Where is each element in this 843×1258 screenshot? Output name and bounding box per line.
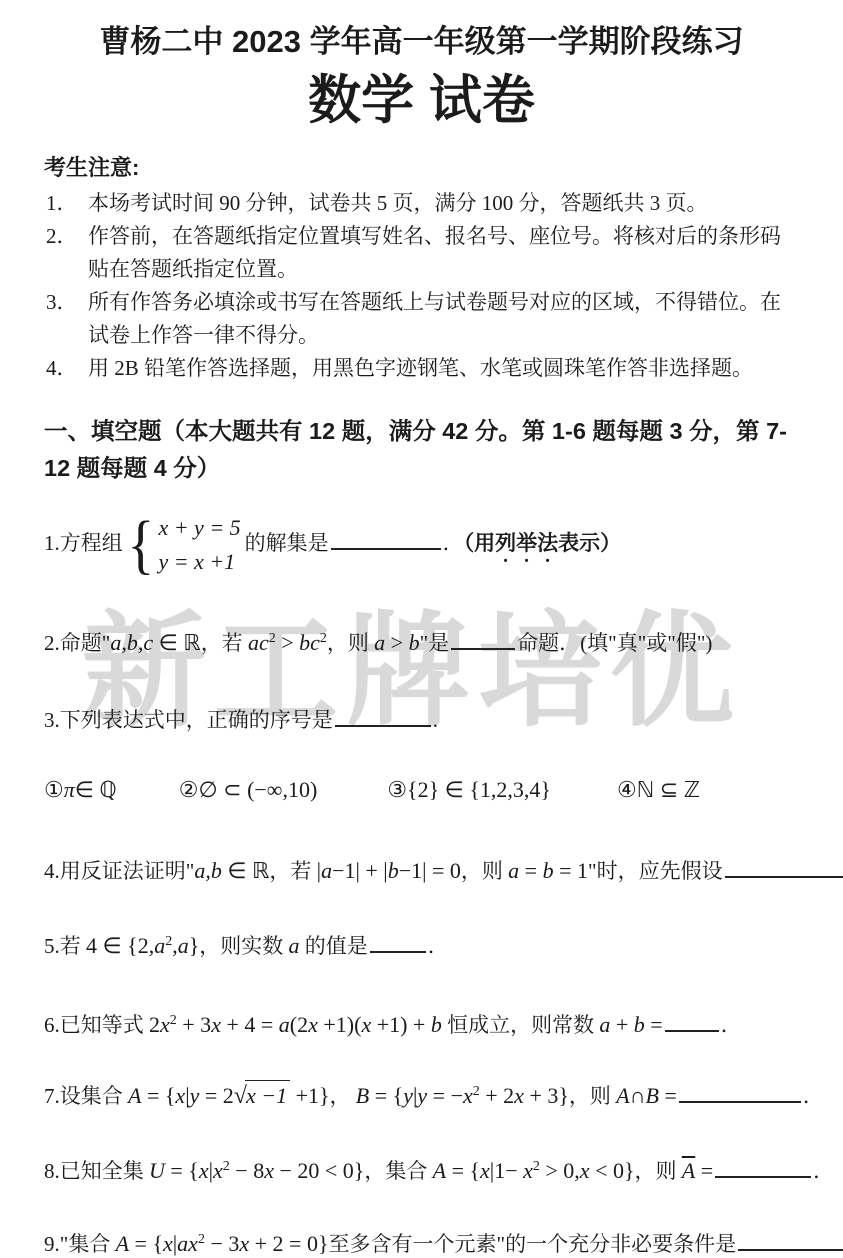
text-segment: ．: [428, 934, 449, 958]
text-segment: ∈ ℝ: [153, 630, 201, 655]
text-segment: x: [463, 1083, 473, 1108]
text-segment: ac: [248, 630, 269, 655]
text-segment: x: [361, 1012, 371, 1037]
notice-item-2: 2． 作答前，在答题纸指定位置填写姓名、报名号、座位号。将核对后的条形码贴在答题…: [44, 220, 799, 286]
text-segment: 2: [320, 631, 327, 646]
text-segment: 3.下列表达式中，正确的序号是: [44, 708, 333, 732]
text-segment: >: [385, 630, 408, 655]
text-segment: a: [599, 1012, 610, 1037]
text-segment: 5.若: [44, 934, 86, 958]
text-segment: +1) +: [371, 1012, 431, 1037]
text-segment: ．: [803, 1084, 824, 1108]
text-segment: U: [149, 1158, 165, 1183]
exam-page: 新工牌培优 曹杨二中 2023 学年高一年级第一学期阶段练习 数学 试卷 考生注…: [0, 0, 843, 1258]
text-segment: 列举法: [495, 532, 558, 555]
answer-blank: [679, 1080, 801, 1103]
text-segment: 命题．(填"真"或"假"): [517, 631, 712, 655]
text-segment: ②∅ ⊂ (−∞,10): [179, 775, 318, 805]
notice-item-1: 1． 本场考试时间 90 分钟，试卷共 5 页，满分 100 分，答题纸共 3 …: [44, 187, 799, 220]
question-8: 8.已知全集 U = {x|x2 − 8x − 20 < 0}，集合 A = {…: [44, 1155, 799, 1186]
text-segment: a: [374, 630, 385, 655]
text-segment: 2: [533, 1159, 540, 1174]
text-segment: ③{2} ∈ {1,2,3,4}: [387, 775, 551, 805]
question-3-options: ①π ∈ ℚ②∅ ⊂ (−∞,10)③{2} ∈ {1,2,3,4}④ℕ ⊆ ℤ: [44, 775, 799, 805]
question-9: 9."集合 A = {x|ax2 − 3x + 2 = 0}至多含有一个元素"的…: [44, 1228, 799, 1258]
text-segment: 1.方程组: [44, 531, 123, 555]
text-segment: x: [199, 1158, 209, 1183]
text-segment: ，则: [635, 1159, 682, 1183]
text-segment: 2: [149, 1012, 160, 1037]
text-segment: x: [523, 1158, 533, 1183]
text-segment: x: [175, 1083, 185, 1108]
text-segment: }: [189, 933, 200, 958]
text-segment: 2: [223, 1159, 230, 1174]
text-segment: > 0,: [540, 1158, 580, 1183]
question-7: 7.设集合 A = {x|y = 2√x −1 +1}， B = {y|y = …: [44, 1080, 799, 1111]
answer-blank: [451, 627, 515, 650]
question-4: 4.用反证法证明"a,b ∈ ℝ，若 |a−1| + |b−1| = 0，则 a…: [44, 855, 799, 886]
notice-item-4: 4． 用 2B 铅笔作答选择题，用黑色字迹钢笔、水笔或圆珠笔作答非选择题。: [44, 352, 799, 385]
answer-blank: [335, 704, 431, 727]
notice-item-text: 所有作答务必填涂或书写在答题纸上与试卷题号对应的区域，不得错位。在试卷上作答一律…: [88, 290, 781, 347]
text-segment: x: [308, 1012, 318, 1037]
text-segment: 恒成立，则常数: [442, 1013, 600, 1037]
text-segment: |1−: [490, 1158, 523, 1183]
text-segment: +1}: [290, 1083, 329, 1108]
text-segment: ，若: [201, 631, 248, 655]
text-segment: =: [645, 1012, 663, 1037]
left-brace: {: [127, 515, 154, 574]
text-segment: = 1: [554, 858, 588, 883]
text-segment: ，集合: [364, 1159, 432, 1183]
question-1: 1.方程组{x + y = 5y = x +1的解集是．（用列举法表示）: [44, 513, 799, 577]
text-segment: x: [580, 1158, 590, 1183]
text-segment: + 3}: [524, 1083, 569, 1108]
text-segment: + 2: [480, 1083, 514, 1108]
text-segment: a: [289, 933, 300, 958]
text-segment: x: [480, 1158, 490, 1183]
text-segment: x: [264, 1158, 274, 1183]
text-segment: b: [431, 1012, 442, 1037]
text-segment: 2: [473, 1084, 480, 1099]
text-segment: = 2: [199, 1083, 233, 1108]
text-segment: >: [276, 630, 299, 655]
text-segment: ①: [44, 775, 64, 805]
text-segment: a: [508, 858, 519, 883]
text-segment: = {: [446, 1158, 480, 1183]
text-segment: ，若: [269, 859, 316, 883]
text-segment: = {: [129, 1231, 163, 1256]
text-segment: x: [213, 1158, 223, 1183]
page-content: 曹杨二中 2023 学年高一年级第一学期阶段练习 数学 试卷 考生注意: 1． …: [0, 0, 843, 1258]
text-segment: （用: [464, 532, 496, 555]
text-segment: (2: [290, 1012, 308, 1037]
question-3: 3.下列表达式中，正确的序号是.: [44, 704, 799, 735]
text-segment: B: [356, 1083, 369, 1108]
text-segment: .: [433, 708, 438, 732]
text-segment: 2.命题": [44, 631, 110, 655]
text-segment: y: [417, 1083, 427, 1108]
text-segment: "是: [420, 631, 450, 655]
text-segment: =: [695, 1158, 713, 1183]
text-segment: = {: [141, 1083, 175, 1108]
text-segment: B: [646, 1083, 659, 1108]
text-segment: A: [682, 1158, 695, 1183]
sqrt-expression: √x −1: [234, 1080, 290, 1111]
text-segment: x: [163, 1231, 173, 1256]
notice-item-text: 本场考试时间 90 分钟，试卷共 5 页，满分 100 分，答题纸共 3 页。: [88, 191, 708, 215]
text-segment: 8.已知全集: [44, 1159, 149, 1183]
text-segment: ．: [721, 1013, 742, 1037]
text-segment: + 3: [177, 1012, 211, 1037]
text-segment: A: [128, 1083, 141, 1108]
text-segment: b: [634, 1012, 645, 1037]
text-segment: 至多含有一个元素"的一个充分非必要条件是: [329, 1232, 737, 1256]
text-segment: ．: [813, 1159, 834, 1183]
text-segment: ④ℕ ⊆ ℤ: [617, 775, 700, 805]
answer-blank: [725, 855, 843, 878]
text-segment: ，则: [327, 631, 374, 655]
text-segment: bc: [299, 630, 320, 655]
text-segment: ，则: [461, 859, 508, 883]
equation-line: x + y = 5: [158, 513, 240, 543]
text-segment: y: [403, 1083, 413, 1108]
text-segment: "时，应先假设: [588, 859, 723, 883]
text-segment: a: [154, 933, 165, 958]
paper-title: 数学 试卷: [44, 72, 799, 130]
text-segment: ∩: [630, 1083, 646, 1108]
text-segment: A: [433, 1158, 446, 1183]
text-segment: a,b: [194, 858, 222, 883]
text-segment: +: [610, 1012, 633, 1037]
text-segment: A: [616, 1083, 629, 1108]
answer-blank: [738, 1228, 843, 1251]
text-segment: 6.已知等式: [44, 1013, 149, 1037]
section-heading-fill-in-blanks: 一、填空题（本大题共有 12 题，满分 42 分。第 1-6 题每题 3 分，第…: [44, 413, 799, 487]
answer-blank: [331, 527, 441, 550]
text-segment: b: [409, 630, 420, 655]
text-segment: ．: [443, 531, 464, 555]
text-segment: ，则: [569, 1084, 616, 1108]
text-segment: ax: [177, 1231, 198, 1256]
notice-heading: 考生注意:: [44, 154, 799, 182]
text-segment: −1| = 0: [399, 858, 461, 883]
text-segment: < 0}: [590, 1158, 635, 1183]
spacer: [317, 796, 387, 797]
text-segment: a: [279, 1012, 290, 1037]
text-segment: x: [239, 1231, 249, 1256]
question-6: 6.已知等式 2x2 + 3x + 4 = a(2x +1)(x +1) + b…: [44, 1009, 799, 1040]
text-segment: x: [514, 1083, 524, 1108]
answer-blank: [370, 930, 426, 953]
notice-item-text: 用 2B 铅笔作答选择题，用黑色字迹钢笔、水笔或圆珠笔作答非选择题。: [88, 356, 753, 380]
text-segment: 7.设集合: [44, 1084, 128, 1108]
notice-item-number: 1．: [46, 187, 78, 220]
question-5: 5.若 4 ∈ {2,a2,a}，则实数 a 的值是．: [44, 930, 799, 961]
notice-section: 考生注意: 1． 本场考试时间 90 分钟，试卷共 5 页，满分 100 分，答…: [44, 154, 799, 385]
text-segment: ，: [330, 1084, 356, 1108]
text-segment: a: [321, 858, 332, 883]
text-segment: π: [64, 775, 75, 805]
answer-blank: [715, 1155, 811, 1178]
exam-header-line: 曹杨二中 2023 学年高一年级第一学期阶段练习: [44, 0, 799, 60]
spacer: [117, 796, 179, 797]
text-segment: 的解集是: [245, 531, 329, 555]
spacer: [551, 796, 617, 797]
text-segment: + 4 =: [221, 1012, 279, 1037]
text-segment: x: [160, 1012, 170, 1037]
text-segment: − 3: [205, 1231, 239, 1256]
text-segment: 2: [269, 631, 276, 646]
text-segment: 2: [170, 1013, 177, 1028]
text-segment: b: [543, 858, 554, 883]
text-segment: 4 ∈ {2,: [86, 933, 154, 958]
notice-item-number: 4．: [46, 352, 78, 385]
question-2: 2.命题"a,b,c ∈ ℝ，若 ac2 > bc2，则 a > b"是命题．(…: [44, 627, 799, 658]
text-segment: = {: [165, 1158, 199, 1183]
text-segment: A: [116, 1231, 129, 1256]
text-segment: 9."集合: [44, 1232, 116, 1256]
text-segment: = {: [369, 1083, 403, 1108]
equation-line: y = x +1: [158, 547, 240, 577]
notice-item-number: 3．: [46, 286, 78, 319]
text-segment: 4.用反证法证明": [44, 859, 194, 883]
text-segment: = −: [427, 1083, 463, 1108]
text-segment: a,b,c: [110, 630, 153, 655]
text-segment: x: [211, 1012, 221, 1037]
text-segment: 表示）: [558, 532, 621, 555]
notice-item-number: 2．: [46, 220, 78, 253]
text-segment: 2: [198, 1232, 205, 1247]
text-segment: −1| + |: [332, 858, 388, 883]
text-segment: + 2 = 0}: [249, 1231, 328, 1256]
text-segment: − 8: [230, 1158, 264, 1183]
notice-item-3: 3． 所有作答务必填涂或书写在答题纸上与试卷题号对应的区域，不得错位。在试卷上作…: [44, 286, 799, 352]
text-segment: − 20 < 0}: [274, 1158, 364, 1183]
text-segment: y: [190, 1083, 200, 1108]
text-segment: b: [388, 858, 399, 883]
text-segment: a: [178, 933, 189, 958]
answer-blank: [665, 1009, 719, 1032]
text-segment: ，则实数: [199, 934, 288, 958]
equation-system: {x + y = 5y = x +1: [125, 513, 241, 577]
text-segment: =: [519, 858, 542, 883]
text-segment: +1)(: [318, 1012, 362, 1037]
text-segment: =: [659, 1083, 677, 1108]
text-segment: 的值是: [300, 934, 368, 958]
notice-item-text: 作答前，在答题纸指定位置填写姓名、报名号、座位号。将核对后的条形码贴在答题纸指定…: [88, 224, 781, 281]
text-segment: ∈ ℚ: [75, 775, 117, 805]
text-segment: ∈ ℝ: [222, 858, 270, 883]
